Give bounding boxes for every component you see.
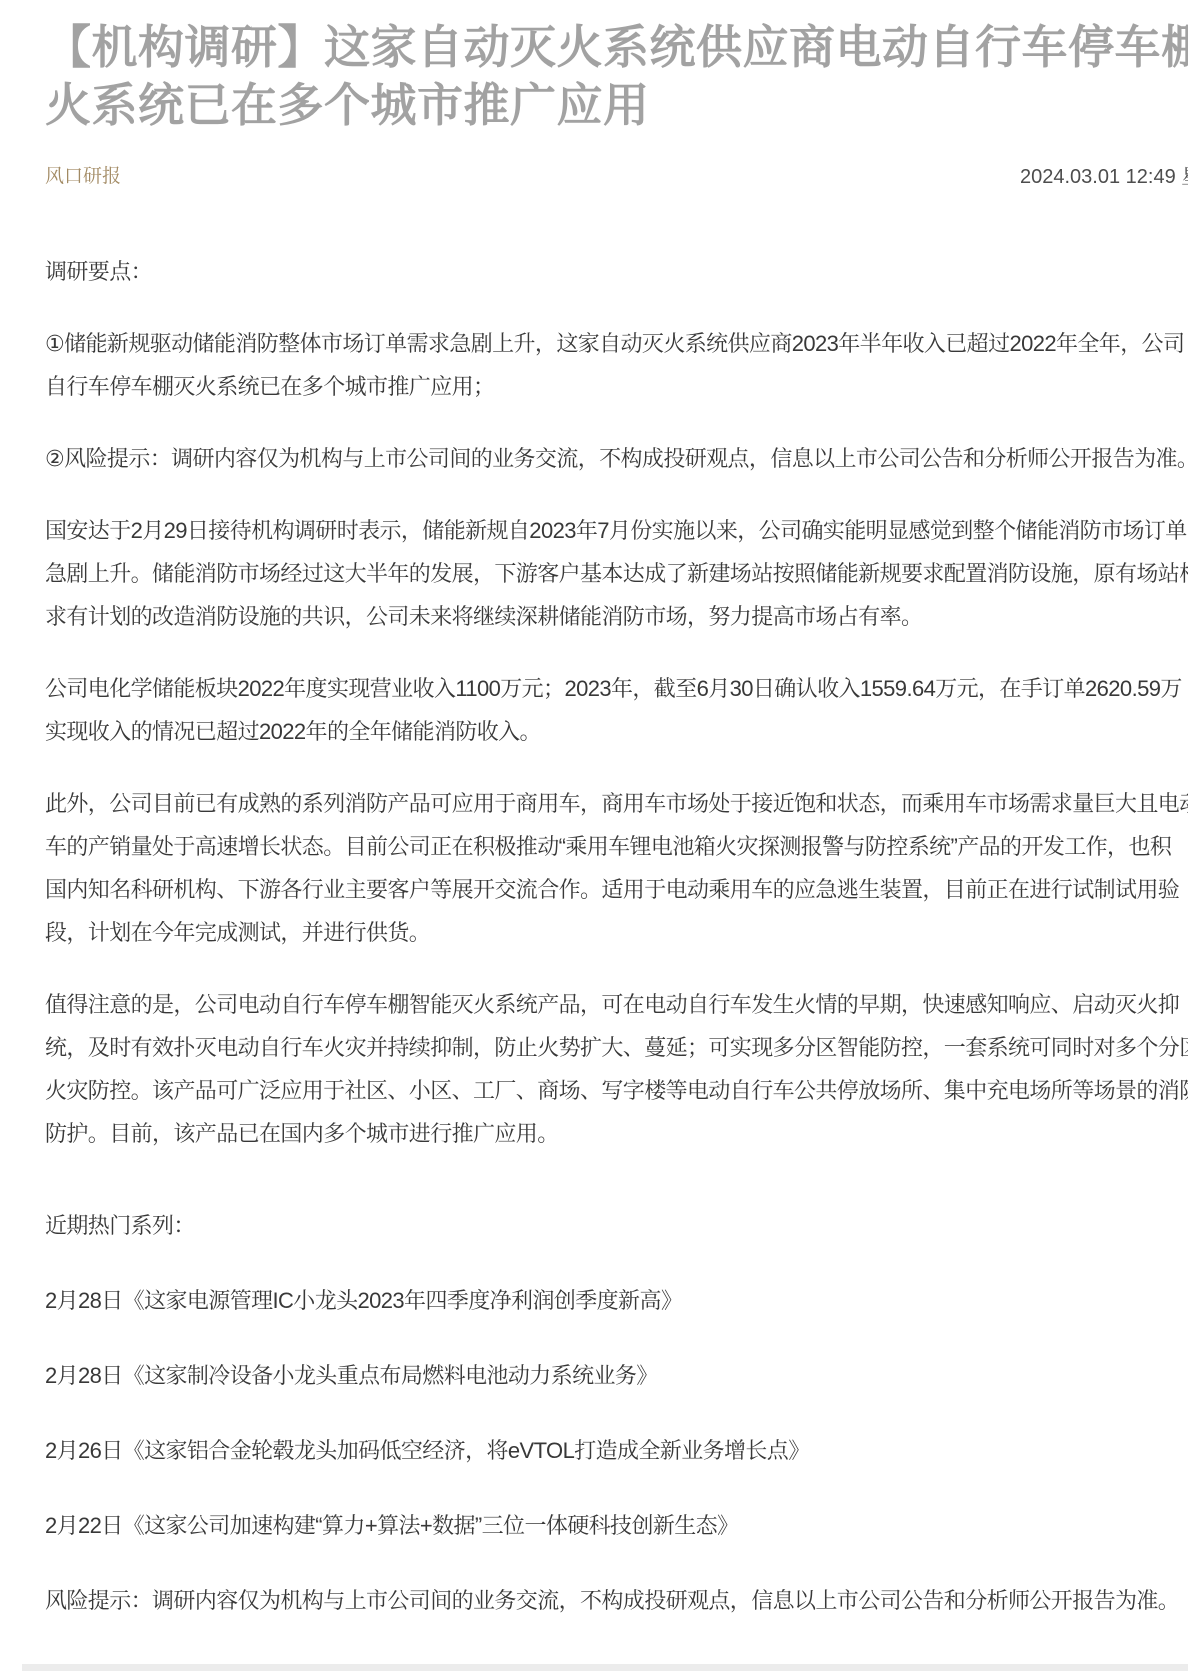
byline-row: 风口研报 2024.03.01 12:49 星: [45, 164, 1188, 190]
paragraph-points-1: ①储能新规驱动储能消防整体市场订单需求急剧上升，这家自动灭火系统供应商2023年…: [45, 322, 1188, 408]
hot-series-item: 2月22日《这家公司加速构建“算力+算法+数据”三位一体硬科技创新生态》: [45, 1504, 1188, 1547]
publish-time: 2024.03.01 12:49 星: [1020, 164, 1188, 190]
hot-series-item: 2月28日《这家制冷设备小龙头重点布局燃料电池动力系统业务》: [45, 1354, 1188, 1397]
paragraph-vehicle-products: 此外，公司目前已有成熟的系列消防产品可应用于商用车，商用车市场处于接近饱和状态，…: [45, 782, 1188, 954]
paragraph-bike-shed-system: 值得注意的是，公司电动自行车停车棚智能灭火系统产品，可在电动自行车发生火情的早期…: [45, 983, 1188, 1155]
paragraph-line: 段，计划在今年完成测试，并进行供货。: [45, 911, 1188, 954]
paragraph-line: 自行车停车棚灭火系统已在多个城市推广应用；: [45, 365, 1188, 408]
paragraph-line: 此外，公司目前已有成熟的系列消防产品可应用于商用车，商用车市场处于接近饱和状态，…: [45, 782, 1188, 825]
paragraph-line: 值得注意的是，公司电动自行车停车棚智能灭火系统产品，可在电动自行车发生火情的早期…: [45, 983, 1188, 1026]
paragraph-points-2: ②风险提示：调研内容仅为机构与上市公司间的业务交流，不构成投研观点，信息以上市公…: [45, 437, 1188, 480]
source-tag[interactable]: 风口研报: [45, 166, 121, 187]
hot-series-item: 2月26日《这家铝合金轮毂龙头加码低空经济，将eVTOL打造成全新业务增长点》: [45, 1429, 1188, 1472]
hot-series-heading: 近期热门系列：: [45, 1204, 1188, 1247]
survey-points-heading: 调研要点：: [45, 250, 1188, 293]
hot-series-item: 2月28日《这家电源管理IC小龙头2023年四季度净利润创季度新高》: [45, 1279, 1188, 1322]
bottom-divider: [22, 1664, 1188, 1671]
paragraph-line: 国安达于2月29日接待机构调研时表示，储能新规自2023年7月份实施以来，公司确…: [45, 509, 1188, 552]
paragraph-line: 防护。目前，该产品已在国内多个城市进行推广应用。: [45, 1112, 1188, 1155]
paragraph-line: 急剧上升。储能消防市场经过这大半年的发展，下游客户基本达成了新建场站按照储能新规…: [45, 552, 1188, 595]
paragraph-line: 统，及时有效扑灭电动自行车火灾并持续抑制，防止火势扩大、蔓延；可实现多分区智能防…: [45, 1026, 1188, 1069]
paragraph-revenue: 公司电化学储能板块2022年度实现营业收入1100万元；2023年，截至6月30…: [45, 667, 1188, 753]
paragraph-line: 实现收入的情况已超过2022年的全年储能消防收入。: [45, 710, 1188, 753]
paragraph-company-statement: 国安达于2月29日接待机构调研时表示，储能新规自2023年7月份实施以来，公司确…: [45, 509, 1188, 638]
paragraph-line: 求有计划的改造消防设施的共识，公司未来将继续深耕储能消防市场，努力提高市场占有率…: [45, 595, 1188, 638]
risk-note: 风险提示：调研内容仅为机构与上市公司间的业务交流，不构成投研观点，信息以上市公司…: [45, 1579, 1188, 1622]
article-title: 【机构调研】这家自动灭火系统供应商电动自行车停车棚 火系统已在多个城市推广应用: [45, 18, 1188, 134]
article-title-line-1: 【机构调研】这家自动灭火系统供应商电动自行车停车棚: [45, 18, 1188, 76]
paragraph-line: 公司电化学储能板块2022年度实现营业收入1100万元；2023年，截至6月30…: [45, 667, 1188, 710]
article-page: 【机构调研】这家自动灭火系统供应商电动自行车停车棚 火系统已在多个城市推广应用 …: [0, 0, 1188, 1680]
paragraph-line: ②风险提示：调研内容仅为机构与上市公司间的业务交流，不构成投研观点，信息以上市公…: [45, 437, 1188, 480]
article-title-line-2: 火系统已在多个城市推广应用: [45, 76, 1188, 134]
paragraph-line: ①储能新规驱动储能消防整体市场订单需求急剧上升，这家自动灭火系统供应商2023年…: [45, 322, 1188, 365]
paragraph-line: 车的产销量处于高速增长状态。目前公司正在积极推动“乘用车锂电池箱火灾探测报警与防…: [45, 825, 1188, 868]
paragraph-line: 国内知名科研机构、下游各行业主要客户等展开交流合作。适用于电动乘用车的应急逃生装…: [45, 868, 1188, 911]
paragraph-line: 火灾防控。该产品可广泛应用于社区、小区、工厂、商场、写字楼等电动自行车公共停放场…: [45, 1069, 1188, 1112]
